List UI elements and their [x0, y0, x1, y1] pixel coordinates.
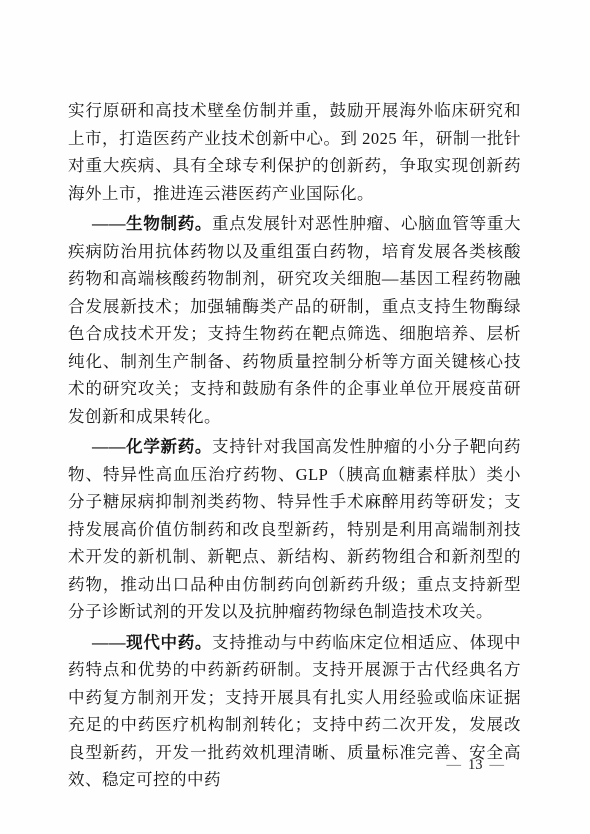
body-text: 实行原研和高技术壁垒仿制并重，鼓励开展海外临床研究和上市，打造医药产业技术创新中…: [68, 101, 521, 203]
document-page: 实行原研和高技术壁垒仿制并重，鼓励开展海外临床研究和上市，打造医药产业技术创新中…: [0, 0, 590, 834]
page-number-left-dash: —: [447, 757, 462, 774]
page-number-right-dash: —: [490, 757, 505, 774]
paragraph-intro-continuation: 实行原研和高技术壁垒仿制并重，鼓励开展海外临床研究和上市，打造医药产业技术创新中…: [68, 97, 521, 207]
paragraph-chemical-new-drugs: ——化学新药。支持针对我国高发性肿瘤的小分子靶向药物、特异性高血压治疗药物、GL…: [68, 433, 521, 626]
page-number: — 13 —: [447, 757, 505, 774]
paragraph-biopharmaceuticals: ——生物制药。重点发展针对恶性肿瘤、心脑血管等重大疾病防治用抗体药物以及重组蛋白…: [68, 210, 521, 430]
page-body: 实行原研和高技术壁垒仿制并重，鼓励开展海外临床研究和上市，打造医药产业技术创新中…: [68, 97, 521, 794]
body-text: 支持针对我国高发性肿瘤的小分子靶向药物、特异性高血压治疗药物、GLP（胰高血糖素…: [68, 437, 521, 621]
section-heading: ——化学新药。: [92, 437, 212, 456]
section-heading: ——现代中药。: [92, 633, 212, 652]
section-heading: ——生物制药。: [92, 214, 212, 233]
page-number-value: 13: [468, 757, 483, 774]
body-text: 重点发展针对恶性肿瘤、心脑血管等重大疾病防治用抗体药物以及重组蛋白药物，培育发展…: [68, 214, 521, 426]
